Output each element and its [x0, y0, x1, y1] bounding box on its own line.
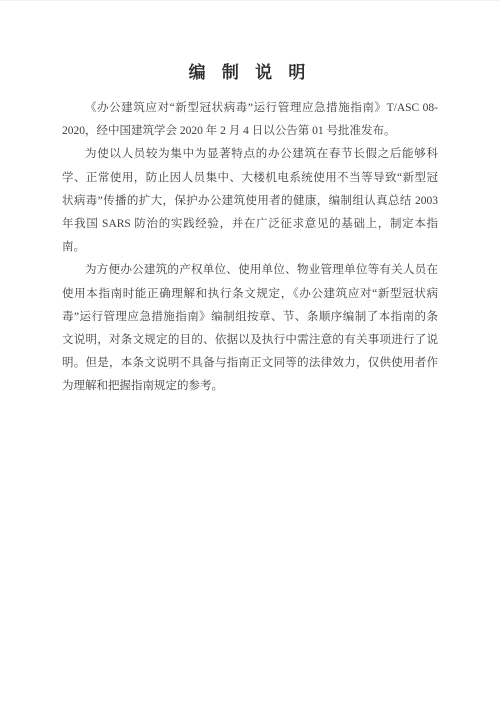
text-line: 年我国 SARS 防治的实践经验，并在广泛征求意见的基础上，制定本指	[62, 213, 438, 236]
document-page: 编 制 说 明 《办公建筑应对“新型冠状病毒”运行管理应急措施指南》T/ASC …	[0, 0, 500, 707]
text-line: 毒”运行管理应急措施指南》编制组按章、节、条顺序编制了本指南的条	[62, 306, 438, 329]
text-line: 为理解和把握指南规定的参考。	[62, 375, 438, 398]
text-line: 2020，经中国建筑学会 2020 年 2 月 4 日以公告第 01 号批准发布…	[62, 120, 438, 143]
text-line: 明。但是，本条文说明不具备与指南正文同等的法律效力，仅供使用者作	[62, 352, 438, 375]
document-body: 《办公建筑应对“新型冠状病毒”运行管理应急措施指南》T/ASC 08-2020，…	[62, 97, 438, 398]
document-title: 编 制 说 明	[0, 60, 500, 86]
paragraph: 为方便办公建筑的产权单位、使用单位、物业管理单位等有关人员在使用本指南时能正确理…	[62, 259, 438, 398]
paragraph: 《办公建筑应对“新型冠状病毒”运行管理应急措施指南》T/ASC 08-2020，…	[62, 97, 438, 143]
text-line: 为方便办公建筑的产权单位、使用单位、物业管理单位等有关人员在	[62, 259, 438, 282]
paragraph: 为使以人员较为集中为显著特点的办公建筑在春节长假之后能够科学、正常使用，防止因人…	[62, 143, 438, 259]
text-line: 文说明，对条文规定的目的、依据以及执行中需注意的有关事项进行了说	[62, 329, 438, 352]
text-line: 为使以人员较为集中为显著特点的办公建筑在春节长假之后能够科	[62, 143, 438, 166]
text-line: 《办公建筑应对“新型冠状病毒”运行管理应急措施指南》T/ASC 08-	[62, 97, 438, 120]
text-line: 南。	[62, 236, 438, 259]
text-line: 使用本指南时能正确理解和执行条文规定，《办公建筑应对“新型冠状病	[62, 283, 438, 306]
text-line: 学、正常使用，防止因人员集中、大楼机电系统使用不当等导致“新型冠	[62, 167, 438, 190]
text-line: 状病毒”传播的扩大，保护办公建筑使用者的健康，编制组认真总结 2003	[62, 190, 438, 213]
